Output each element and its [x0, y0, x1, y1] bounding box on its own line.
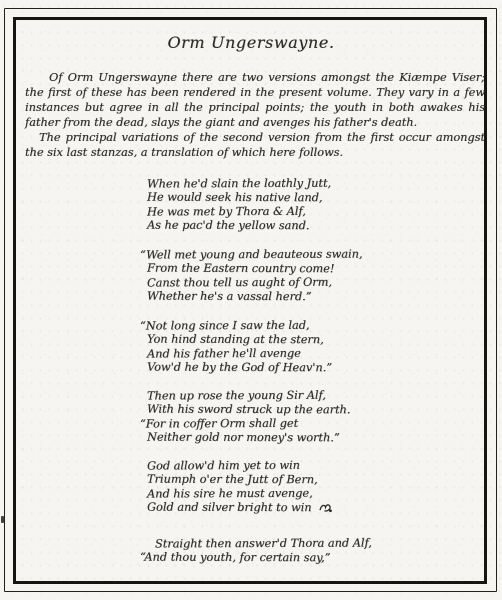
stanza: Then up rose the young Sir Alf, With his…	[147, 389, 372, 445]
poem-line: Yon hind standing at the stern,	[147, 333, 372, 348]
poem-line: With his sword struck up the earth.	[147, 403, 372, 418]
intro-paragraph-2: The principal variations of the second v…	[25, 130, 485, 160]
stanza: God allow'd him yet to win Triumph o'er …	[147, 459, 372, 517]
poem-line: Gold and silver bright to win	[147, 501, 372, 518]
poem: When he'd slain the loathly Jutt, He wou…	[147, 177, 372, 580]
scan-artifact	[1, 516, 4, 523]
poem-line: Straight then answer'd Thora and Alf,	[147, 537, 372, 552]
poem-line: As he pac'd the yellow sand.	[147, 219, 372, 234]
poem-line: And his father he'll avenge	[147, 347, 372, 362]
poem-line: Triumph o'er the Jutt of Bern,	[147, 473, 372, 488]
poem-line-text: Gold and silver bright to win	[147, 501, 312, 515]
poem-line: “Not long since I saw the lad,	[147, 319, 372, 334]
poem-line: Then up rose the young Sir Alf,	[147, 389, 372, 404]
poem-line: Whether he's a vassal herd.”	[147, 290, 372, 305]
intro-paragraph-1: Of Orm Ungerswayne there are two version…	[25, 70, 485, 130]
poem-line: “Well met young and beauteous swain,	[147, 248, 372, 263]
stanza: “Not long since I saw the lad, Yon hind …	[147, 319, 372, 375]
poem-line: God allow'd him yet to win	[147, 459, 372, 474]
poem-line: When he'd slain the loathly Jutt,	[147, 177, 372, 192]
poem-line: “And thou youth, for certain say,”	[147, 551, 372, 566]
poem-line: He would seek his native land,	[147, 191, 372, 206]
stanza: Straight then answer'd Thora and Alf, “A…	[147, 537, 372, 565]
ink-flourish-icon	[318, 502, 333, 517]
poem-line: And his sire he must avenge,	[147, 487, 372, 502]
poem-line: Vow'd he by the God of Heav'n.”	[147, 361, 372, 376]
stanza: When he'd slain the loathly Jutt, He wou…	[147, 177, 372, 233]
poem-line: “For in coffer Orm shall get	[147, 417, 372, 432]
poem-line: He was met by Thora & Alf,	[147, 205, 372, 220]
manuscript-page: Orm Ungerswayne. Of Orm Ungerswayne ther…	[0, 0, 502, 600]
page-title: Orm Ungerswayne.	[0, 33, 502, 52]
poem-line: Neither gold nor money's worth.”	[147, 431, 372, 446]
stanza: “Well met young and beauteous swain, Fro…	[147, 248, 372, 304]
poem-line: From the Eastern country come!	[147, 262, 372, 277]
poem-line: Canst thou tell us aught of Orm,	[147, 276, 372, 291]
